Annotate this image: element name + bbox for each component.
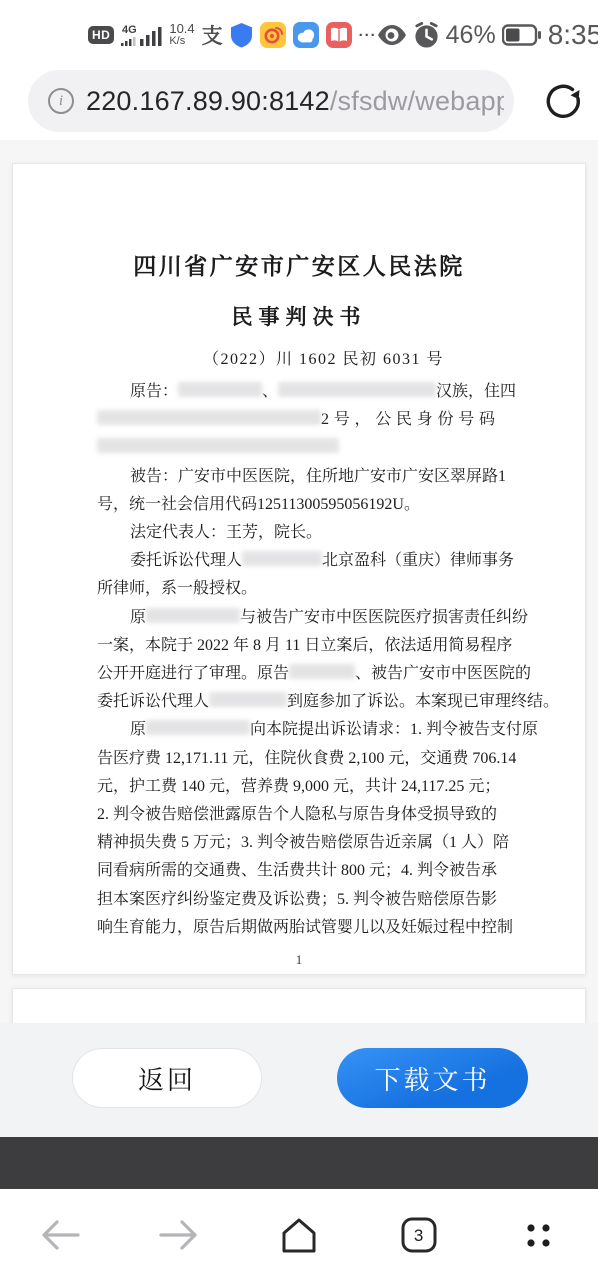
nav-menu-button[interactable] — [508, 1207, 568, 1263]
doc-line: 2号，公民身份号码 — [97, 406, 495, 434]
redacted-text — [97, 410, 321, 425]
speed-value: 10.4 — [169, 22, 194, 36]
speed-unit: K/s — [169, 36, 194, 48]
doc-line: 法定代表人：王芳，院长。 — [97, 519, 495, 547]
network-speed: 10.4 K/s — [169, 22, 194, 47]
redacted-text — [209, 692, 287, 707]
bottom-dark-band — [0, 1137, 598, 1189]
redacted-text — [289, 664, 355, 679]
doc-line: 响生育能力，原告后期做两胎试管婴儿以及妊娠过程中控制 — [97, 914, 495, 942]
redacted-text — [242, 551, 322, 566]
doc-text: 被告：广安市中医医院，住所地广安市广安区翠屏路1 — [130, 468, 506, 485]
document-body: 原告：、汉族，住四2号，公民身份号码被告：广安市中医医院，住所地广安市广安区翠屏… — [97, 378, 495, 942]
doc-text: 北京盈科（重庆）律师事务 — [322, 552, 514, 569]
signal-bars-icon — [140, 24, 162, 46]
action-footer: 返回 下载文书 — [0, 1023, 598, 1137]
url-path: /sfsdw/webapp — [330, 86, 504, 116]
doc-text: 2号，公民身份号码 — [321, 411, 495, 428]
cloud-icon — [293, 22, 319, 48]
eye-protection-icon — [377, 24, 407, 46]
doc-text: 号，统一社会信用代码12511300595056192U。 — [97, 496, 420, 513]
doc-text: 委托诉讼代理人 — [97, 693, 209, 710]
doc-line: 原与被告广安市中医医院医疗损害责任纠纷 — [97, 604, 495, 632]
redacted-text — [97, 438, 339, 453]
tab-count-label: 3 — [389, 1207, 449, 1263]
judgment-page-1: 四川省广安市广安区人民法院 民事判决书 （2022）川 1602 民初 6031… — [12, 163, 586, 975]
signal-bars-small-icon — [121, 36, 137, 46]
shield-icon — [230, 22, 253, 48]
doc-text: 、 — [262, 383, 278, 400]
doc-line: 原向本院提出诉讼请求：1. 判令被告支付原 — [97, 716, 495, 744]
redacted-text — [278, 382, 436, 397]
redacted-text — [146, 720, 250, 735]
doc-text: 到庭参加了诉讼。本案现已审理终结。 — [287, 693, 559, 710]
doc-text: 向本院提出诉讼请求：1. 判令被告支付原 — [250, 721, 538, 738]
doc-text: 法定代表人：王芳，院长。 — [130, 524, 322, 541]
doc-text: 原 — [130, 609, 146, 626]
status-more-icon: ··· — [359, 27, 377, 44]
doc-text: 担本案医疗纠纷鉴定费及诉讼费；5. 判令被告赔偿原告影 — [97, 891, 497, 908]
url-domain: 220.167.89.90:8142 — [86, 86, 330, 116]
case-number: （2022）川 1602 民初 6031 号 — [13, 346, 585, 369]
doc-line: 原告：、汉族，住四 — [97, 378, 495, 406]
doc-line: 精神损失费 5 万元；3. 判令被告赔偿原告近亲属（1 人）陪 — [97, 829, 495, 857]
doc-text: 汉族，住四 — [436, 383, 516, 400]
doc-line: 2. 判令被告赔偿泄露原告个人隐私与原告身体受损导致的 — [97, 801, 495, 829]
doc-text: 精神损失费 5 万元；3. 判令被告赔偿原告近亲属（1 人）陪 — [97, 834, 509, 851]
book-icon — [326, 22, 352, 48]
weibo-icon — [260, 22, 286, 48]
clock-label: 8:35 — [548, 19, 598, 51]
status-right-cluster: 46% 8:35 — [377, 19, 598, 51]
nav-back-icon — [37, 1215, 83, 1255]
doc-line: 同看病所需的交通费、生活费共计 800 元；4. 判令被告承 — [97, 857, 495, 885]
doc-line: 公开开庭进行了审理。原告、被告广安市中医医院的 — [97, 660, 495, 688]
battery-icon — [502, 24, 542, 46]
doc-line: 被告：广安市中医医院，住所地广安市广安区翠屏路1 — [97, 463, 495, 491]
nav-forward-icon — [156, 1215, 202, 1255]
redacted-text — [178, 382, 262, 397]
signal-icon: 4G — [121, 24, 162, 46]
doc-text: 响生育能力，原告后期做两胎试管婴儿以及妊娠过程中控制 — [97, 919, 513, 936]
battery-percent-label: 46% — [446, 21, 496, 50]
url-text[interactable]: 220.167.89.90:8142/sfsdw/webapp — [86, 86, 504, 117]
nav-home-button[interactable] — [269, 1207, 329, 1263]
sim1-signal: 4G — [121, 25, 137, 46]
home-icon — [276, 1213, 322, 1257]
doc-text: 一案，本院于 2022 年 8 月 11 日立案后，依法适用简易程序 — [97, 637, 512, 654]
doc-line: 告医疗费 12,171.11 元，住院伙食费 2,100 元，交通费 706.1… — [97, 745, 495, 773]
redacted-text — [146, 608, 240, 623]
status-left-cluster: HD 4G 10.4 K/s 支 — [88, 20, 377, 50]
doc-text: 、被告广安市中医医院的 — [355, 665, 531, 682]
refresh-button[interactable] — [538, 76, 588, 126]
alipay-icon: 支 — [202, 20, 223, 50]
browser-nav-bar: 3 — [0, 1189, 598, 1280]
doc-text: 委托诉讼代理人 — [130, 552, 242, 569]
nav-tabs-button[interactable]: 3 — [389, 1207, 449, 1263]
doc-text: 与被告广安市中医医院医疗损害责任纠纷 — [240, 609, 528, 626]
refresh-icon — [540, 78, 586, 124]
download-document-button[interactable]: 下载文书 — [337, 1048, 528, 1108]
doc-line: 一案，本院于 2022 年 8 月 11 日立案后，依法适用简易程序 — [97, 632, 495, 660]
page-number: 1 — [13, 952, 585, 968]
doc-text: 2. 判令被告赔偿泄露原告个人隐私与原告身体受损导致的 — [97, 806, 497, 823]
page-info-icon[interactable]: i — [48, 88, 74, 114]
phone-screen: HD 4G 10.4 K/s 支 — [0, 0, 598, 1280]
doc-text: 原告： — [130, 383, 178, 400]
doc-line: 委托诉讼代理人到庭参加了诉讼。本案现已审理终结。 — [97, 688, 495, 716]
network-type-label: 4G — [122, 25, 137, 36]
doc-line: 所律师，系一般授权。 — [97, 575, 495, 603]
doc-text: 告医疗费 12,171.11 元，住院伙食费 2,100 元，交通费 706.1… — [97, 750, 516, 767]
doc-text: 公开开庭进行了审理。原告 — [97, 665, 289, 682]
status-bar: HD 4G 10.4 K/s 支 — [0, 0, 598, 62]
doc-text: 元，护工费 140 元，营养费 9,000 元，共计 24,117.25 元； — [97, 778, 500, 795]
doc-line: 号，统一社会信用代码12511300595056192U。 — [97, 491, 495, 519]
doc-line: 委托诉讼代理人北京盈科（重庆）律师事务 — [97, 547, 495, 575]
court-title: 四川省广安市广安区人民法院 — [13, 248, 585, 281]
hd-badge: HD — [88, 26, 114, 44]
document-type-title: 民事判决书 — [13, 301, 585, 331]
doc-line: 担本案医疗纠纷鉴定费及诉讼费；5. 判令被告赔偿原告影 — [97, 886, 495, 914]
address-bar[interactable]: i 220.167.89.90:8142/sfsdw/webapp — [28, 70, 514, 132]
doc-text: 同看病所需的交通费、生活费共计 800 元；4. 判令被告承 — [97, 862, 497, 879]
nav-back-button[interactable] — [30, 1207, 90, 1263]
nav-forward-button[interactable] — [149, 1207, 209, 1263]
url-bar-row: i 220.167.89.90:8142/sfsdw/webapp — [0, 62, 598, 140]
doc-line — [97, 434, 495, 462]
doc-text: 所律师，系一般授权。 — [97, 580, 257, 597]
menu-dots-icon — [517, 1214, 559, 1256]
doc-text: 原 — [130, 721, 146, 738]
alarm-icon — [413, 22, 440, 49]
doc-line: 元，护工费 140 元，营养费 9,000 元，共计 24,117.25 元； — [97, 773, 495, 801]
back-button[interactable]: 返回 — [72, 1048, 262, 1108]
